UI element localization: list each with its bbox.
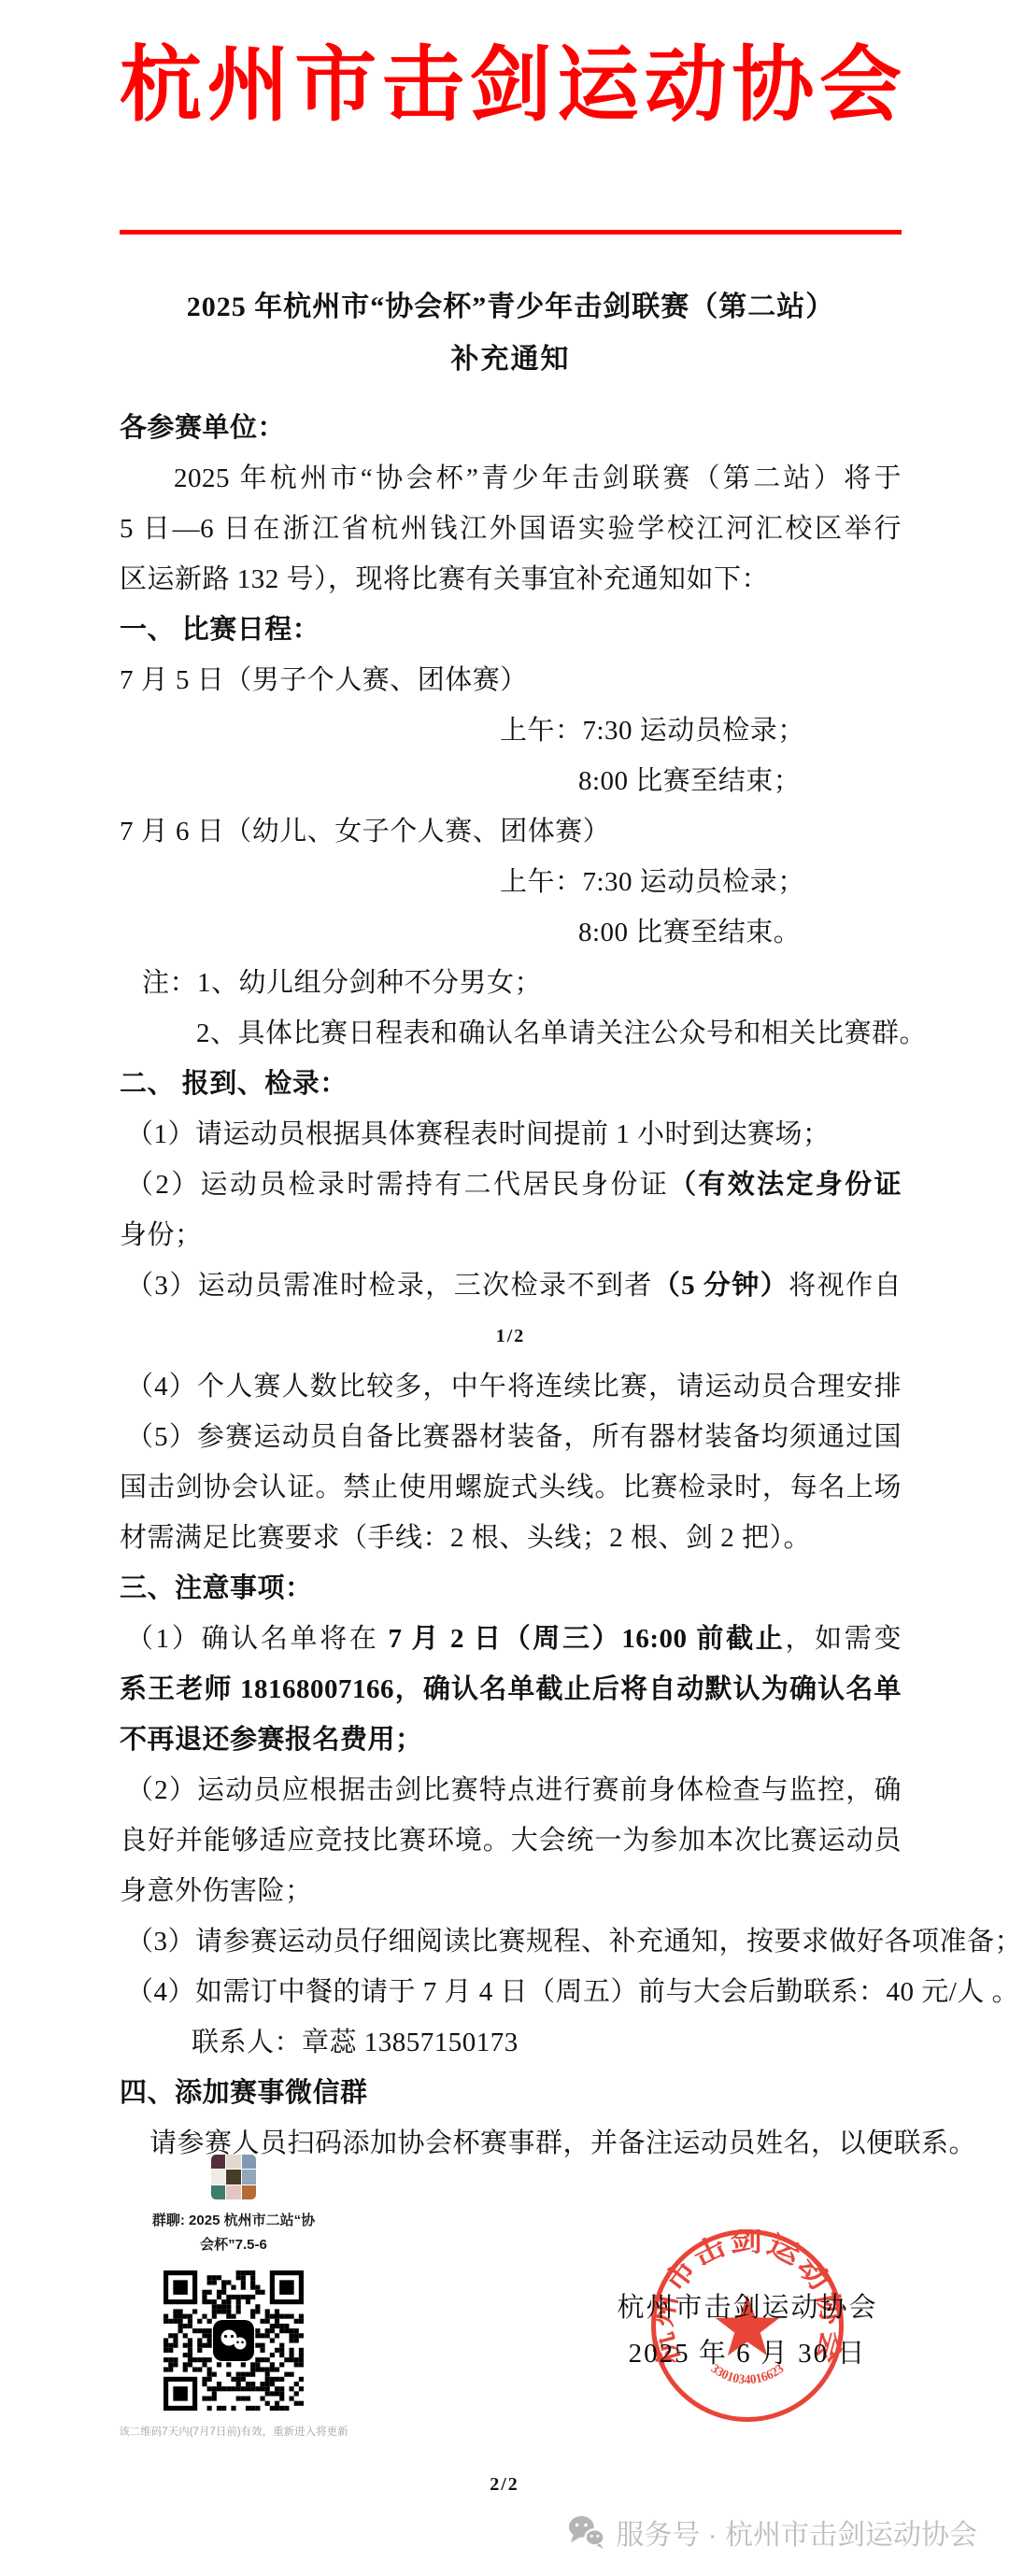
doc-line: 上午：7:30 运动员检录；	[120, 857, 902, 907]
doc-line: 2025 年杭州市“协会杯”青少年击剑联赛（第二站）将于 2025 年 7 月	[120, 453, 902, 504]
page-marker-2: 2/2	[0, 2474, 1009, 2496]
doc-line: 身份；	[120, 1210, 902, 1260]
document-text-lines: 各参赛单位：2025 年杭州市“协会杯”青少年击剑联赛（第二站）将于 2025 …	[120, 403, 902, 2169]
wechat-article-page: 杭州市击剑运动协会 2025 年杭州市“协会杯”青少年击剑联赛（第二站） 补充通…	[0, 0, 1009, 2576]
doc-line: （4）个人赛人数比较多，中午将连续比赛，请运动员合理安排好就餐时间；	[120, 1361, 902, 1412]
doc-line: （2）运动员检录时需持有二代居民身份证（有效法定身份证明），以确认	[120, 1160, 902, 1210]
footer-watermark: 服务号 · 杭州市击剑运动协会	[567, 2512, 977, 2553]
document-title: 2025 年杭州市“协会杯”青少年击剑联赛（第二站）	[120, 287, 902, 328]
footer-label: 服务号 · 杭州市击剑运动协会	[616, 2512, 977, 2553]
doc-line: （2）运动员应根据击剑比赛特点进行赛前身体检查与监控，确保身体状况	[120, 1765, 902, 1815]
doc-line: 良好并能够适应竞技比赛环境。大会统一为参加本次比赛运动员办理的人	[120, 1815, 902, 1866]
doc-line: 8:00 比赛至结束；	[120, 756, 902, 806]
doc-line: 5 日—6 日在浙江省杭州钱江外国语实验学校江河汇校区举行（杭州市上城	[120, 504, 902, 554]
signature-date: 2025 年 6 月 30 日	[523, 2331, 972, 2377]
doc-line: 各参赛单位：	[120, 403, 902, 453]
doc-line: 三、注意事项：	[120, 1563, 902, 1614]
doc-line: 联系人：章蕊 13857150173	[120, 2017, 902, 2068]
doc-line: （3）运动员需准时检录，三次检录不到者（5 分钟）将视作自动放弃比赛；	[120, 1260, 902, 1311]
doc-line: 注：1、幼儿组分剑种不分男女；	[120, 958, 902, 1008]
document-subtitle: 补充通知	[120, 339, 902, 380]
wechat-group-qr-block: 群聊: 2025 杭州市二站“协 会杯”7.5-6 该二维码7天内(7月7日前)…	[93, 2155, 374, 2439]
doc-line: 系王老师 18168007166，确认名单截止后将自动默认为确认名单无误，同时	[120, 1664, 902, 1715]
doc-line: 二、 报到、检录：	[120, 1059, 902, 1109]
page-marker-1: 1/2	[120, 1311, 902, 1361]
qr-validity-caption: 该二维码7天内(7月7日前)有效，重新进入将更新	[119, 2424, 348, 2439]
group-name-line2: 会杯”7.5-6	[152, 2233, 315, 2257]
doc-line: 区运新路 132 号），现将比赛有关事宜补充通知如下：	[120, 554, 902, 605]
doc-line: 材需满足比赛要求（手线：2 根、头线；2 根、剑 2 把）。	[120, 1513, 902, 1563]
group-avatar	[211, 2155, 256, 2199]
doc-line: （1）确认名单将在 7 月 2 日（周三）16:00 前截止，如需变动，请及时联	[120, 1614, 902, 1664]
doc-line: （1）请运动员根据具体赛程表时间提前 1 小时到达赛场；	[120, 1109, 902, 1160]
doc-line: 2、具体比赛日程表和确认名单请关注公众号和相关比赛群。	[120, 1008, 902, 1059]
signature-block: 杭州市击剑运动协会 2025 年 6 月 30 日	[523, 2285, 972, 2377]
doc-line: （5）参赛运动员自备比赛器材装备，所有器材装备均须通过国际剑联或中	[120, 1412, 902, 1462]
signature-org: 杭州市击剑运动协会	[523, 2285, 972, 2331]
doc-line: 身意外伤害险；	[120, 1866, 902, 1916]
document-body: 杭州市击剑运动协会 2025 年杭州市“协会杯”青少年击剑联赛（第二站） 补充通…	[120, 0, 902, 2169]
doc-line: （4）如需订中餐的请于 7 月 4 日（周五）前与大会后勤联系：40 元/人 。	[120, 1967, 902, 2017]
doc-line: 7 月 5 日（男子个人赛、团体赛）	[120, 655, 902, 705]
doc-line: 8:00 比赛至结束。	[120, 907, 902, 958]
association-header-title: 杭州市击剑运动协会	[120, 32, 902, 142]
doc-line: 国击剑协会认证。禁止使用螺旋式头线。比赛检录时，每名上场运动员器	[120, 1462, 902, 1513]
wechat-icon	[567, 2514, 606, 2550]
doc-line: 四、添加赛事微信群	[120, 2068, 902, 2118]
qr-code	[163, 2270, 304, 2411]
doc-line: 不再退还参赛报名费用；	[120, 1715, 902, 1765]
red-divider-line	[120, 230, 902, 235]
doc-line: 一、 比赛日程：	[120, 605, 902, 655]
doc-line: 上午：7:30 运动员检录；	[120, 705, 902, 756]
group-name-line1: 群聊: 2025 杭州市二站“协	[152, 2209, 315, 2233]
doc-line: 7 月 6 日（幼儿、女子个人赛、团体赛）	[120, 806, 902, 857]
doc-line: （3）请参赛运动员仔细阅读比赛规程、补充通知，按要求做好各项准备；	[120, 1916, 902, 1967]
group-name: 群聊: 2025 杭州市二站“协 会杯”7.5-6	[152, 2209, 315, 2257]
